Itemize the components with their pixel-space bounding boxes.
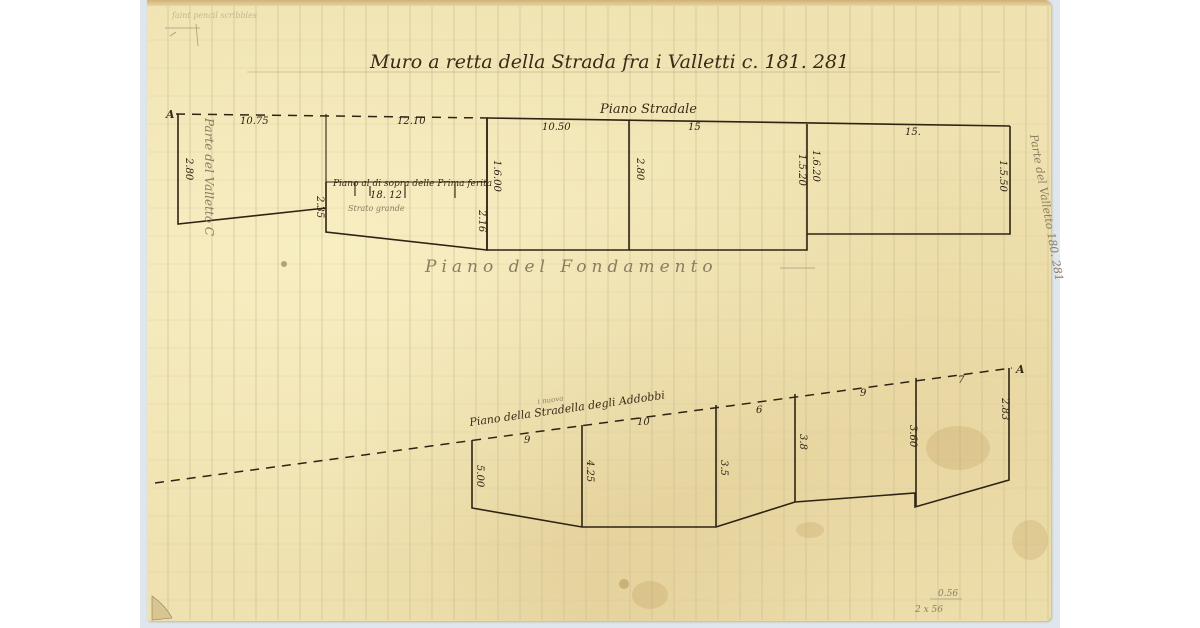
lower-road-label: Piano della Stradella degli Addobbi [468, 389, 666, 429]
lower-wall-section: A Piano della Stradella degli Addobbi i … [155, 363, 1025, 527]
paper-ruling [148, 6, 1050, 620]
span-label: 9 [860, 388, 867, 399]
height-label: 1.5.50 [997, 160, 1008, 192]
paper-stains [281, 261, 1048, 609]
inner-measure: 18. 12 [370, 190, 402, 201]
height-label: 2.80 [183, 157, 194, 181]
span-label: 9 [524, 435, 531, 446]
point-a-lower: A [1015, 363, 1025, 376]
foundation-label: Piano del Fondamento [424, 257, 718, 277]
height-label: 2.83 [999, 397, 1010, 420]
height-label: 2.16 [476, 209, 487, 233]
right-margin-note: Parte del Valletto 180. 281 [1027, 132, 1066, 282]
point-a-upper: A [165, 108, 175, 121]
drawing-title: Muro a retta della Strada fra i Valletti… [369, 51, 849, 73]
height-label: 5.00 [474, 465, 485, 488]
height-label: 3.60 [907, 425, 918, 448]
span-label: 10.50 [542, 122, 571, 133]
height-label: 1.5.20 [796, 154, 807, 186]
span-label: 12.10 [397, 116, 426, 127]
top-margin-pencil-notes: faint pencil scribbles [165, 11, 257, 46]
page-corner-fold [152, 596, 172, 620]
svg-text:0.56: 0.56 [938, 589, 958, 599]
inner-note: Strato grande [348, 204, 405, 213]
height-label: 2.80 [634, 157, 645, 181]
height-label: 4.25 [584, 459, 595, 482]
span-label: 6 [756, 405, 763, 416]
survey-drawing: faint pencil scribbles Muro a retta dell… [0, 0, 1200, 628]
inner-level-label: Piano al di sopra delle Prima ferita [332, 179, 492, 189]
span-label: 10 [637, 417, 650, 428]
span-label: 15. [905, 127, 921, 138]
road-level-label: Piano Stradale [599, 102, 697, 117]
span-label: 10.75 [240, 116, 269, 127]
height-label: 3.8 [797, 434, 808, 450]
height-label: 1.6.00 [491, 160, 502, 192]
height-label: 3.5 [718, 460, 729, 476]
span-label: 7 [958, 375, 965, 386]
upper-wall-section: A Piano Stradale 10.50 15 15. 10.75 12.1… [165, 102, 1010, 277]
span-label: 15 [688, 122, 701, 133]
height-label: 2.35 [314, 195, 325, 218]
svg-text:faint pencil scribbles: faint pencil scribbles [171, 11, 257, 20]
left-wall-label: Parte del Valletto C [202, 117, 216, 236]
svg-text:2 x 56: 2 x 56 [914, 605, 943, 615]
height-label: 1.6.20 [810, 150, 821, 182]
scanned-document-view: faint pencil scribbles Muro a retta dell… [0, 0, 1200, 628]
